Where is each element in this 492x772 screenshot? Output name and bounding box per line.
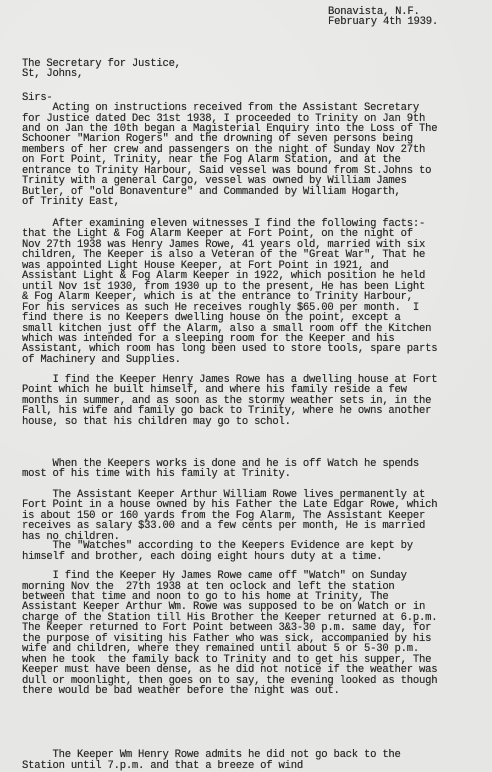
addressee-line-2: St, Johns, [22,69,83,80]
paragraph-7-line: there would be bad weather before the ni… [22,686,340,697]
paragraph-1-line: of Trinity East, [22,197,120,208]
paragraph-4-line: most of his time with his family at Trin… [22,469,291,480]
paragraph-8-line: Station until 7.p.m. and that a breeze o… [22,761,303,772]
paragraph-2-line: of Machinery and Supplies. [22,355,181,366]
paragraph-6-line: himself and brother, each doing eight ho… [22,552,382,563]
letterhead-date: February 4th 1939. [328,17,438,28]
paragraph-3-line: house, so that his children may go to sc… [22,417,291,428]
letter-page: Bonavista, N.F. February 4th 1939. The S… [0,0,492,772]
